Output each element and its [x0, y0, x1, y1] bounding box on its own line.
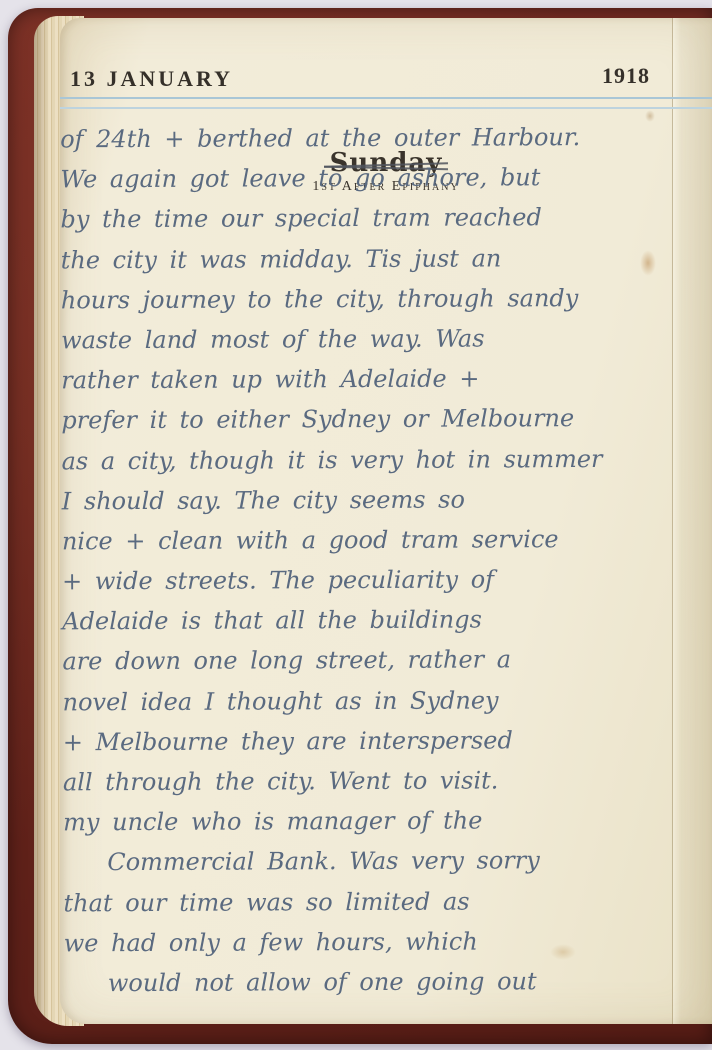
- diary-line: nice + clean with a good tram service: [62, 519, 668, 562]
- diary-line: by the time our special tram reached: [60, 197, 666, 240]
- diary-line: my uncle who is manager of the: [63, 800, 669, 843]
- diary-line: Adelaide is that all the buildings: [62, 599, 668, 642]
- diary-line: Commercial Bank. Was very sorry: [63, 840, 669, 883]
- diary-line: We again got leave to go ashore, but: [60, 157, 666, 200]
- diary-line: would not allow of one going out: [64, 961, 670, 1004]
- printed-date-label: 13 JANUARY: [70, 66, 233, 92]
- diary-line: + wide streets. The peculiarity of: [62, 559, 668, 602]
- diary-line: of 24th + berthed at the outer Harbour.: [60, 117, 666, 160]
- diary-line: rather taken up with Adelaide +: [61, 358, 667, 401]
- diary-line: that our time was so limited as: [63, 880, 669, 923]
- printed-year-label: 1918: [602, 63, 650, 89]
- diary-line: as a city, though it is very hot in summ…: [61, 438, 667, 481]
- diary-line: the city it was midday. Tis just an: [61, 237, 667, 280]
- diary-photo: 13 JANUARY 1918 Sunday 1st After Epiphan…: [0, 0, 712, 1050]
- diary-line: waste land most of the way. Was: [61, 318, 667, 361]
- printed-double-rule: [60, 97, 712, 109]
- diary-page: 13 JANUARY 1918 Sunday 1st After Epiphan…: [60, 18, 712, 1024]
- diary-line: I should say. The city seems so: [62, 478, 668, 521]
- diary-line: hours journey to the city, through sandy: [61, 277, 667, 320]
- diary-line: prefer it to either Sydney or Melbourne: [61, 398, 667, 441]
- diary-line: all through the city. Went to visit.: [63, 760, 669, 803]
- diary-line: are down one long street, rather a: [62, 639, 668, 682]
- diary-line: novel idea I thought as in Sydney: [63, 679, 669, 722]
- diary-entry: of 24th + berthed at the outer Harbour. …: [60, 117, 670, 1004]
- diary-line: we had only a few hours, which: [64, 920, 670, 963]
- diary-line: + Melbourne they are interspersed: [63, 719, 669, 762]
